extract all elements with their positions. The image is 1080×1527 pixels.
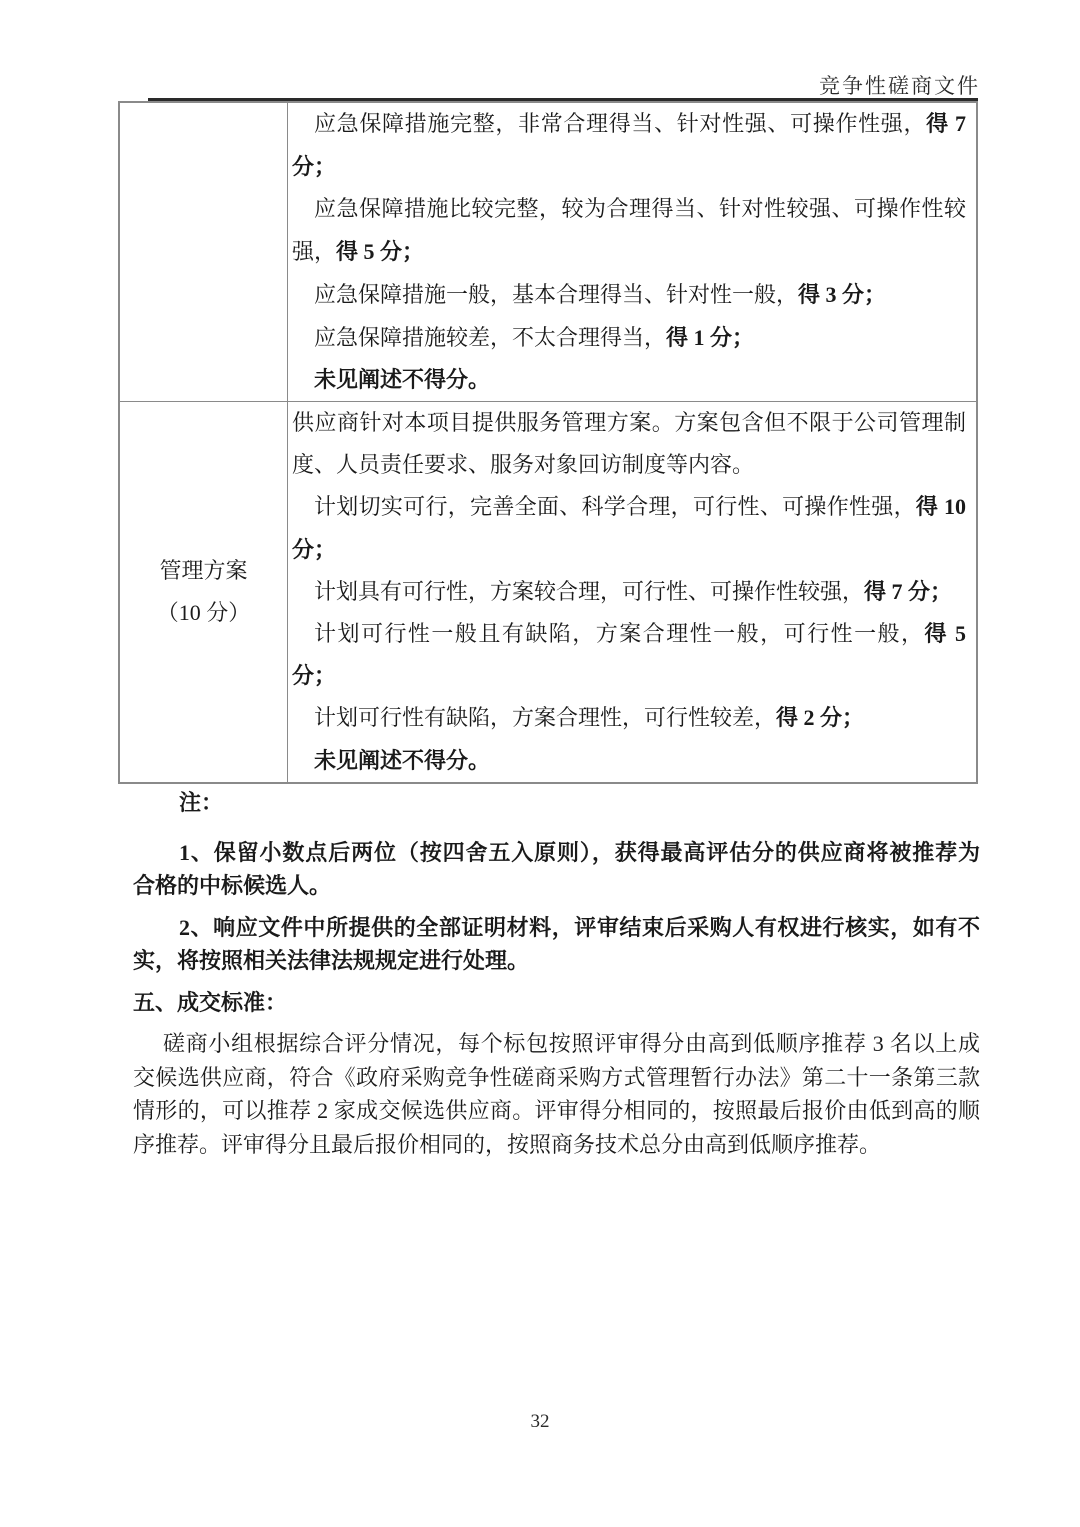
text-line: 计划可行性有缺陷，方案合理性，可行性较差，得 2 分； bbox=[292, 697, 966, 739]
text-line: 注： bbox=[133, 786, 980, 820]
text-run: 计划具有可行性，方案较合理，可行性、可操作性较强， bbox=[314, 579, 864, 604]
text-line: 2、响应文件中所提供的全部证明材料，评审结束后采购人有权进行核实，如有不 bbox=[133, 911, 980, 945]
text-line: （10 分） bbox=[157, 592, 251, 634]
text-run: 应急保障措施比较完整，较为合理得当、针对性较强、可操作性较 bbox=[314, 196, 966, 221]
text-run: 供应商针对本项目提供服务管理方案。方案包含但不限于公司管理制 bbox=[292, 410, 966, 435]
evaluation-table: 应急保障措施完整，非常合理得当、针对性强、可操作性强，得 7分；应急保障措施比较… bbox=[118, 101, 978, 784]
text-run: 应急保障措施较差，不太合理得当， bbox=[314, 325, 666, 350]
text-run: 应急保障措施一般，基本合理得当、针对性一般， bbox=[314, 282, 798, 307]
text-line: 五、成交标准： bbox=[133, 986, 980, 1020]
text-run: 应急保障措施完整，非常合理得当、针对性强、可操作性强， bbox=[314, 111, 926, 136]
text-line: 应急保障措施较差，不太合理得当，得 1 分； bbox=[292, 317, 966, 360]
text-run: 计划切实可行，完善全面、科学合理，可行性、可操作性强， bbox=[314, 494, 916, 519]
text-line: 未见阐述不得分。 bbox=[292, 359, 966, 401]
text-line: 1、保留小数点后两位（按四舍五入原则），获得最高评估分的供应商将被推荐为 bbox=[133, 836, 980, 870]
page-number: 32 bbox=[0, 1411, 1080, 1433]
text-line: 计划切实可行，完善全面、科学合理，可行性、可操作性强，得 10 bbox=[292, 486, 966, 528]
criteria-name-cell bbox=[120, 103, 288, 401]
text-run: 得 2 分； bbox=[776, 705, 864, 730]
text-run: 得 1 分； bbox=[666, 325, 754, 350]
text-line: 实，将按照相关法律法规规定进行处理。 bbox=[133, 944, 980, 978]
text-run: 管理方案 bbox=[159, 558, 247, 583]
text-line: 计划可行性一般且有缺陷，方案合理性一般，可行性一般，得 5 bbox=[292, 613, 966, 655]
text-line: 合格的中标候选人。 bbox=[133, 869, 980, 903]
text-run: 2、响应文件中所提供的全部证明材料，评审结束后采购人有权进行核实，如有不 bbox=[179, 915, 980, 940]
text-line: 分； bbox=[292, 655, 966, 697]
text-run: 情形的，可以推荐 2 家成交候选供应商。评审得分相同的，按照最后报价由低到高的顺 bbox=[133, 1098, 980, 1123]
text-run: 强， bbox=[292, 239, 336, 264]
text-run: 得 7 bbox=[926, 111, 966, 136]
text-run: 序推荐。评审得分且最后报价相同的，按照商务技术总分由高到低顺序推荐。 bbox=[133, 1132, 881, 1157]
text-run: 得 10 bbox=[916, 494, 966, 519]
text-line: 情形的，可以推荐 2 家成交候选供应商。评审得分相同的，按照最后报价由低到高的顺 bbox=[133, 1094, 980, 1128]
text-line: 序推荐。评审得分且最后报价相同的，按照商务技术总分由高到低顺序推荐。 bbox=[133, 1128, 980, 1162]
text-line: 应急保障措施比较完整，较为合理得当、针对性较强、可操作性较 bbox=[292, 188, 966, 231]
text-line: 磋商小组根据综合评分情况，每个标包按照评审得分由高到低顺序推荐 3 名以上成 bbox=[133, 1027, 980, 1061]
text-run: 磋商小组根据综合评分情况，每个标包按照评审得分由高到低顺序推荐 3 名以上成 bbox=[163, 1031, 980, 1056]
text-line: 分； bbox=[292, 529, 966, 571]
text-line: 供应商针对本项目提供服务管理方案。方案包含但不限于公司管理制 bbox=[292, 402, 966, 444]
text-run: 得 3 分； bbox=[798, 282, 886, 307]
text-line: 计划具有可行性，方案较合理，可行性、可操作性较强，得 7 分； bbox=[292, 571, 966, 613]
text-run: 实，将按照相关法律法规规定进行处理。 bbox=[133, 948, 529, 973]
text-run: 计划可行性一般且有缺陷，方案合理性一般，可行性一般， bbox=[314, 621, 925, 646]
notes-section: 注：1、保留小数点后两位（按四舍五入原则），获得最高评估分的供应商将被推荐为合格… bbox=[133, 786, 980, 1161]
text-run: （10 分） bbox=[157, 600, 251, 625]
text-run: 合格的中标候选人。 bbox=[133, 873, 331, 898]
text-line: 交候选供应商，符合《政府采购竞争性磋商采购方式管理暂行办法》第二十一条第三款 bbox=[133, 1061, 980, 1095]
text-run: 分； bbox=[292, 663, 336, 688]
text-run: 未见阐述不得分。 bbox=[314, 748, 490, 773]
text-line: 未见阐述不得分。 bbox=[292, 740, 966, 782]
criteria-name-cell: 管理方案（10 分） bbox=[120, 402, 288, 782]
text-line: 分； bbox=[292, 146, 966, 189]
text-line: 度、人员责任要求、服务对象回访制度等内容。 bbox=[292, 444, 966, 486]
text-run: 得 7 分； bbox=[864, 579, 952, 604]
text-run: 分； bbox=[292, 154, 336, 179]
text-run: 五、成交标准： bbox=[133, 990, 287, 1015]
table-row-emergency-measures: 应急保障措施完整，非常合理得当、针对性强、可操作性强，得 7分；应急保障措施比较… bbox=[120, 103, 976, 402]
table-row-management-plan: 管理方案（10 分） 供应商针对本项目提供服务管理方案。方案包含但不限于公司管理… bbox=[120, 402, 976, 782]
text-run: 得 5 bbox=[925, 621, 966, 646]
text-run: 未见阐述不得分。 bbox=[314, 367, 490, 392]
text-run: 分； bbox=[292, 537, 336, 562]
text-line: 强，得 5 分； bbox=[292, 231, 966, 274]
document-page: 竞争性磋商文件 应急保障措施完整，非常合理得当、针对性强、可操作性强，得 7分；… bbox=[0, 0, 1080, 1527]
text-run: 注： bbox=[179, 790, 223, 815]
text-line: 管理方案 bbox=[159, 550, 247, 592]
text-run: 得 5 分； bbox=[336, 239, 424, 264]
text-run: 计划可行性有缺陷，方案合理性，可行性较差， bbox=[314, 705, 776, 730]
page-header-title: 竞争性磋商文件 bbox=[819, 70, 980, 100]
criteria-detail-cell: 应急保障措施完整，非常合理得当、针对性强、可操作性强，得 7分；应急保障措施比较… bbox=[288, 103, 976, 401]
text-run: 1、保留小数点后两位（按四舍五入原则），获得最高评估分的供应商将被推荐为 bbox=[179, 840, 980, 865]
criteria-detail-cell: 供应商针对本项目提供服务管理方案。方案包含但不限于公司管理制度、人员责任要求、服… bbox=[288, 402, 976, 782]
text-run: 交候选供应商，符合《政府采购竞争性磋商采购方式管理暂行办法》第二十一条第三款 bbox=[133, 1065, 980, 1090]
text-line: 应急保障措施一般，基本合理得当、针对性一般，得 3 分； bbox=[292, 274, 966, 317]
text-line: 应急保障措施完整，非常合理得当、针对性强、可操作性强，得 7 bbox=[292, 103, 966, 146]
text-run: 度、人员责任要求、服务对象回访制度等内容。 bbox=[292, 452, 754, 477]
